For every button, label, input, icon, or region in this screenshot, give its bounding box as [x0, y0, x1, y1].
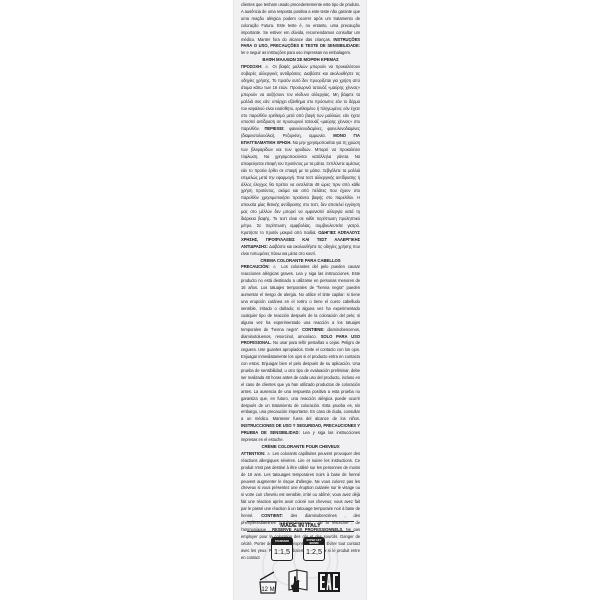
portuguese-section: clientes que tenham usado precedentement… — [241, 2, 360, 57]
greek-caution-heading: ΠΡΟΣΟΧΗ: — [241, 64, 265, 69]
read-instructions-icon — [287, 568, 309, 596]
badge-label: SUPER LIFT BIONDI — [304, 538, 324, 545]
badge-ratio: 1:2,5 — [304, 545, 324, 559]
eac-conformity-mark — [318, 572, 340, 592]
greek-title: ΒΑΦΗ ΜΑΛΛΙΩΝ ΣΕ ΜΟΡΦΗ ΚΡΕΜΑΣ — [241, 57, 360, 64]
ratio-badge-standard: STANDARD 1:1,5 — [271, 537, 293, 561]
greek-caution-text: ⚠ Οι βαφές μαλλιών μπορούν να προκαλέσου… — [241, 64, 360, 131]
portuguese-instructions-text: ler e seguir as instruções para uso impr… — [241, 50, 351, 55]
spanish-title: CREMA COLORANTE PARA CABELLOS — [241, 258, 360, 265]
spanish-section: PRECAUCIÓN: ⚠ Los colorantes del pelo pu… — [241, 264, 360, 444]
french-caution-text: ⚠ Les colorants capillaires peuvent prov… — [241, 451, 360, 518]
greek-contains-heading: ΠΕΡΙΕΧΕΙ: — [264, 126, 289, 131]
spanish-professional-text: No usar para teñir pestañas o cejas. Pel… — [241, 340, 360, 421]
french-title: CRÈME COLORANTE POUR CHEVEUX — [241, 444, 360, 451]
greek-section: ΠΡΟΣΟΧΗ: ⚠ Οι βαφές μαλλιών μπορούν να π… — [241, 64, 360, 257]
badge-label: STANDARD — [272, 538, 292, 545]
ratio-badge-super-lift: SUPER LIFT BIONDI 1:2,5 — [303, 537, 325, 561]
label-text-column: clientes que tenham usado precedentement… — [241, 2, 360, 561]
french-caution-heading: ATTENTION: — [241, 451, 267, 456]
period-after-opening-icon: 12 M — [257, 569, 279, 595]
greek-professional-text: Να μην χρησιμοποιείται για τη χρώση των … — [241, 140, 360, 235]
badge-ratio: 1:1,5 — [272, 545, 292, 559]
spanish-caution-heading: PRECAUCIÓN: — [241, 264, 273, 269]
spanish-caution-text: ⚠ Los colorantes del pelo pueden causar … — [241, 264, 360, 331]
spanish-contains-heading: CONTIENE: — [302, 327, 327, 332]
french-contains-heading: CONTIENT: — [261, 513, 290, 518]
svg-text:12 M: 12 M — [261, 587, 274, 593]
